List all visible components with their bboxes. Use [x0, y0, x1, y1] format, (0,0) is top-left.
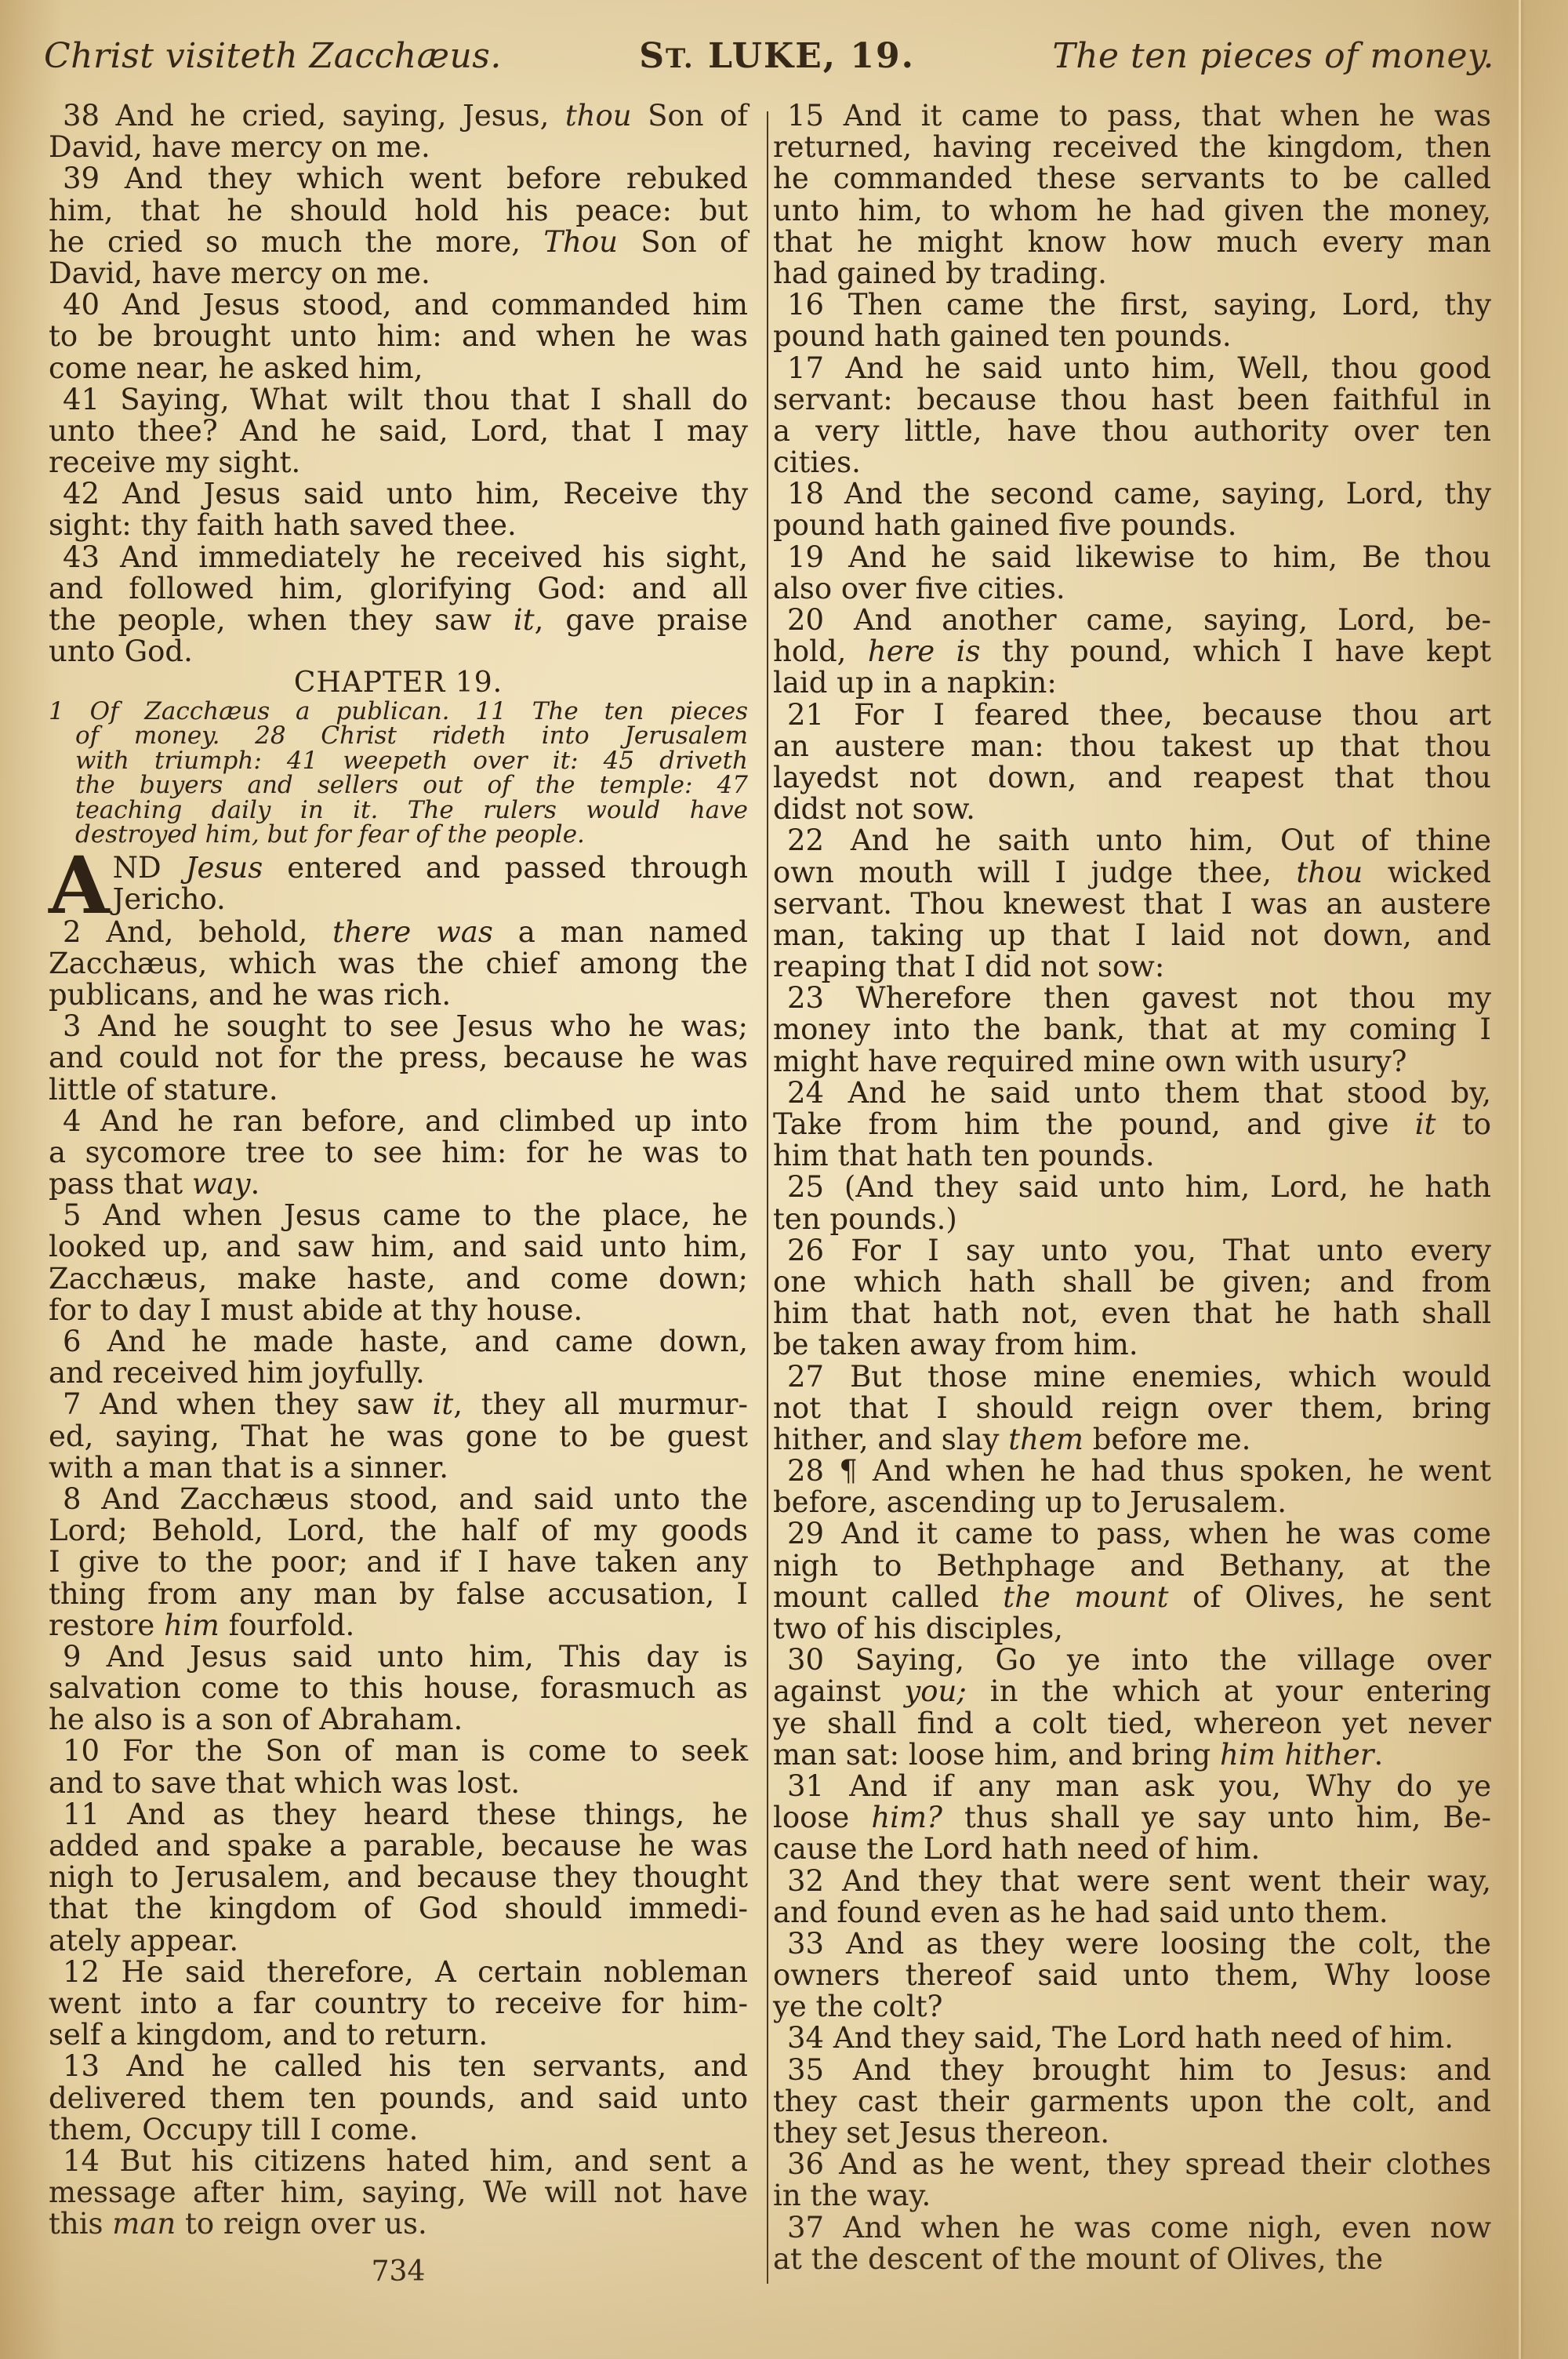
verse-13: 13 And he called his ten servants, andde… [49, 2051, 748, 2146]
text-line: 36 And as he went, they spread their clo… [773, 2149, 1491, 2180]
right-column: 15 And it came to pass, that when he was… [773, 100, 1491, 2275]
verse-29: 29 And it came to pass, when he was come… [773, 1518, 1491, 1645]
text-line: went into a far country to receive for h… [49, 1988, 748, 2019]
verse-18: 18 And the second came, saying, Lord, th… [773, 478, 1491, 541]
text-line: 29 And it came to pass, when he was come [773, 1518, 1491, 1550]
text-line: that he might know how much every man [773, 227, 1491, 258]
page-edge-crease [1519, 0, 1521, 2359]
verse-22: 22 And he saith unto him, Out of thineow… [773, 825, 1491, 983]
chapter-heading: CHAPTER 19. [49, 667, 748, 699]
chapter-summary: 1 Of Zacchæus a publican. 11 The ten pie… [49, 700, 748, 848]
opening-verse-text: ND Jesus entered and passed throughJeric… [49, 852, 748, 915]
text-line: didst not sow. [773, 794, 1491, 825]
text-line: restore him fourfold. [49, 1610, 748, 1641]
verse-17: 17 And he said unto him, Well, thou good… [773, 353, 1491, 479]
summary-line: 1 Of Zacchæus a publican. 11 The ten pie… [49, 700, 748, 725]
text-line: 13 And he called his ten servants, and [49, 2051, 748, 2082]
text-line: loose him? thus shall ye say unto him, B… [773, 1802, 1491, 1834]
verse-40: 40 And Jesus stood, and commanded himto … [49, 289, 748, 384]
text-line: Zacchæus, make haste, and come down; [49, 1263, 748, 1295]
verse-21: 21 For I feared thee, because thou artan… [773, 700, 1491, 826]
verse-4: 4 And he ran before, and climbed up into… [49, 1106, 748, 1201]
text-line: 21 For I feared thee, because thou art [773, 700, 1491, 731]
verse-30: 30 Saying, Go ye into the village overag… [773, 1645, 1491, 1771]
text-line: added and spake a parable, because he wa… [49, 1830, 748, 1862]
text-line: 39 And they which went before rebuked [49, 163, 748, 194]
summary-line: the buyers and sellers out of the temple… [49, 773, 748, 798]
text-line: returned, having received the kingdom, t… [773, 132, 1491, 163]
text-line: might have required mine own with usury? [773, 1046, 1491, 1078]
header-right-title: The ten pieces of money. [1052, 36, 1494, 76]
text-line: ND Jesus entered and passed through [49, 852, 748, 884]
verse-8: 8 And Zacchæus stood, and said unto theL… [49, 1484, 748, 1641]
text-line: hold, here is thy pound, which I have ke… [773, 636, 1491, 667]
text-line: sight: thy faith hath saved thee. [49, 510, 748, 541]
verse-16: 16 Then came the first, saying, Lord, th… [773, 289, 1491, 352]
text-line: they set Jesus thereon. [773, 2117, 1491, 2149]
text-line: Jericho. [49, 884, 748, 915]
text-line: servant: because thou hast been faithful… [773, 384, 1491, 416]
text-line: I give to the poor; and if I have taken … [49, 1547, 748, 1578]
text-line: an austere man: thou takest up that thou [773, 731, 1491, 762]
text-line: 27 But those mine enemies, which would [773, 1361, 1491, 1393]
prior-chapter-verses: 38 And he cried, saying, Jesus, thou Son… [49, 100, 748, 667]
text-line: them, Occupy till I come. [49, 2114, 748, 2146]
verse-25: 25 (And they said unto him, Lord, he hat… [773, 1172, 1491, 1234]
text-line: reaping that I did not sow: [773, 951, 1491, 983]
verse-19: 19 And he said likewise to him, Be thoua… [773, 542, 1491, 605]
text-line: pound hath gained ten pounds. [773, 321, 1491, 352]
text-line: unto God. [49, 636, 748, 667]
text-line: and received him joyfully. [49, 1358, 748, 1389]
verse-41: 41 Saying, What wilt thou that I shall d… [49, 384, 748, 479]
text-line: they cast their garments upon the colt, … [773, 2086, 1491, 2117]
text-line: cause the Lord hath need of him. [773, 1834, 1491, 1865]
chapter-19-verses-right: 15 And it came to pass, that when he was… [773, 100, 1491, 2275]
summary-line: teaching daily in it. The rulers would h… [49, 798, 748, 823]
text-line: 37 And when he was come nigh, even now [773, 2212, 1491, 2244]
text-line: he commanded these servants to be called [773, 163, 1491, 194]
text-line: David, have mercy on me. [49, 132, 748, 163]
text-line: own mouth will I judge thee, thou wicked [773, 857, 1491, 889]
text-line: publicans, and he was rich. [49, 980, 748, 1011]
text-line: 23 Wherefore then gavest not thou my [773, 983, 1491, 1014]
column-divider [767, 111, 768, 2284]
text-line: and followed him, glorifying God: and al… [49, 573, 748, 605]
verse-14: 14 But his citizens hated him, and sent … [49, 2146, 748, 2241]
text-line: 14 But his citizens hated him, and sent … [49, 2146, 748, 2177]
verse-12: 12 He said therefore, A certain nobleman… [49, 1957, 748, 2052]
text-line: 25 (And they said unto him, Lord, he hat… [773, 1172, 1491, 1203]
text-line: be taken away from him. [773, 1329, 1491, 1361]
page-number: 734 [49, 2255, 748, 2288]
text-line: 32 And they that were sent went their wa… [773, 1866, 1491, 1897]
text-line: David, have mercy on me. [49, 258, 748, 289]
text-line: mount called the mount of Olives, he sen… [773, 1582, 1491, 1613]
text-line: also over five cities. [773, 573, 1491, 605]
text-line: receive my sight. [49, 447, 748, 478]
text-line: layedst not down, and reapest that thou [773, 762, 1491, 794]
text-line: 40 And Jesus stood, and commanded him [49, 289, 748, 321]
text-line: 35 And they brought him to Jesus: and [773, 2055, 1491, 2086]
text-line: at the descent of the mount of Olives, t… [773, 2244, 1491, 2275]
text-line: 31 And if any man ask you, Why do ye [773, 1771, 1491, 1802]
text-line: 18 And the second came, saying, Lord, th… [773, 478, 1491, 510]
text-line: and found even as he had said unto them. [773, 1897, 1491, 1928]
text-line: 3 And he sought to see Jesus who he was; [49, 1011, 748, 1042]
verse-3: 3 And he sought to see Jesus who he was;… [49, 1011, 748, 1106]
verse-31: 31 And if any man ask you, Why do yeloos… [773, 1771, 1491, 1866]
text-line: to be brought unto him: and when he was [49, 321, 748, 352]
text-line: 34 And they said, The Lord hath need of … [773, 2023, 1491, 2054]
verse-39: 39 And they which went before rebukedhim… [49, 163, 748, 289]
verse-38: 38 And he cried, saying, Jesus, thou Son… [49, 100, 748, 163]
text-line: 33 And as they were loosing the colt, th… [773, 1928, 1491, 1960]
verse-43: 43 And immediately he received his sight… [49, 542, 748, 668]
text-line: 30 Saying, Go ye into the village over [773, 1645, 1491, 1676]
text-line: 43 And immediately he received his sight… [49, 542, 748, 573]
chapter-19-verses-left: 2 And, behold, there was a man namedZacc… [49, 917, 748, 2241]
text-line: come near, he asked him, [49, 353, 748, 384]
text-line: man, taking up that I laid not down, and [773, 920, 1491, 951]
text-line: looked up, and saw him, and said unto hi… [49, 1231, 748, 1263]
text-line: salvation come to this house, forasmuch … [49, 1673, 748, 1704]
text-line: 9 And Jesus said unto him, This day is [49, 1641, 748, 1673]
text-line: 8 And Zacchæus stood, and said unto the [49, 1484, 748, 1515]
text-line: against you; in the which at your enteri… [773, 1676, 1491, 1707]
text-line: in the way. [773, 2180, 1491, 2212]
verse-28: 28 ¶ And when he had thus spoken, he wen… [773, 1456, 1491, 1518]
text-line: self a kingdom, and to return. [49, 2019, 748, 2051]
text-line: him, that he should hold his peace: but [49, 195, 748, 227]
text-line: 12 He said therefore, A certain nobleman [49, 1957, 748, 1988]
text-line: money into the bank, that at my coming I [773, 1014, 1491, 1045]
text-line: and could not for the press, because he … [49, 1042, 748, 1074]
text-line: ten pounds.) [773, 1204, 1491, 1235]
text-line: him that hath ten pounds. [773, 1140, 1491, 1172]
verse-35: 35 And they brought him to Jesus: andthe… [773, 2055, 1491, 2150]
verse-34: 34 And they said, The Lord hath need of … [773, 2023, 1491, 2054]
text-line: unto him, to whom he had given the money… [773, 195, 1491, 227]
running-header: Christ visiteth Zacchæus. ST. LUKE, 19. … [44, 36, 1494, 88]
text-line: and to save that which was lost. [49, 1768, 748, 1799]
text-line: 26 For I say unto you, That unto every [773, 1235, 1491, 1267]
text-line: 41 Saying, What wilt thou that I shall d… [49, 384, 748, 416]
text-line: not that I should reign over them, bring [773, 1393, 1491, 1424]
text-line: thing from any man by false accusation, … [49, 1579, 748, 1610]
text-line: he cried so much the more, Thou Son of [49, 227, 748, 258]
text-line: 4 And he ran before, and climbed up into [49, 1106, 748, 1137]
text-line: that the kingdom of God should immedi- [49, 1893, 748, 1925]
verse-42: 42 And Jesus said unto him, Receive thys… [49, 478, 748, 541]
text-line: pass that way. [49, 1169, 748, 1200]
left-column: 38 And he cried, saying, Jesus, thou Son… [49, 100, 748, 2240]
header-book-chapter: ST. LUKE, 19. [639, 36, 915, 76]
text-line: delivered them ten pounds, and said unto [49, 2083, 748, 2114]
verse-5: 5 And when Jesus came to the place, helo… [49, 1200, 748, 1326]
text-line: nigh to Bethphage and Bethany, at the [773, 1550, 1491, 1582]
text-line: cities. [773, 447, 1491, 478]
text-line: one which hath shall be given; and from [773, 1267, 1491, 1298]
text-line: pound hath gained five pounds. [773, 510, 1491, 541]
verse-32: 32 And they that were sent went their wa… [773, 1866, 1491, 1928]
verse-20: 20 And another came, saying, Lord, be-ho… [773, 605, 1491, 700]
text-line: he also is a son of Abraham. [49, 1704, 748, 1736]
text-line: Lord; Behold, Lord, the half of my goods [49, 1515, 748, 1547]
text-line: ye the colt? [773, 1991, 1491, 2023]
text-line: this man to reign over us. [49, 2208, 748, 2240]
text-line: 20 And another came, saying, Lord, be- [773, 605, 1491, 636]
text-line: two of his disciples, [773, 1613, 1491, 1645]
text-line: 42 And Jesus said unto him, Receive thy [49, 478, 748, 510]
verse-2: 2 And, behold, there was a man namedZacc… [49, 917, 748, 1012]
text-line: 17 And he said unto him, Well, thou good [773, 353, 1491, 384]
text-line: with a man that is a sinner. [49, 1452, 748, 1484]
text-line: 6 And he made haste, and came down, [49, 1326, 748, 1358]
verse-23: 23 Wherefore then gavest not thou mymone… [773, 983, 1491, 1078]
text-line: 11 And as they heard these things, he [49, 1799, 748, 1830]
text-line: 22 And he saith unto him, Out of thine [773, 825, 1491, 856]
text-line: man sat: loose him, and bring him hither… [773, 1739, 1491, 1771]
text-line: 5 And when Jesus came to the place, he [49, 1200, 748, 1231]
text-line: before, ascending up to Jerusalem. [773, 1487, 1491, 1518]
verse-24: 24 And he said unto them that stood by,T… [773, 1078, 1491, 1172]
verse-7: 7 And when they saw it, they all murmur-… [49, 1389, 748, 1484]
summary-line: with triumph: 41 weepeth over it: 45 dri… [49, 749, 748, 774]
text-line: ed, saying, That he was gone to be guest [49, 1421, 748, 1452]
text-line: 7 And when they saw it, they all murmur- [49, 1389, 748, 1420]
text-line: had gained by trading. [773, 258, 1491, 289]
text-line: owners thereof said unto them, Why loose [773, 1960, 1491, 1991]
text-line: ye shall find a colt tied, whereon yet n… [773, 1708, 1491, 1739]
text-line: a sycomore tree to see him: for he was t… [49, 1137, 748, 1169]
text-line: 19 And he said likewise to him, Be thou [773, 542, 1491, 573]
summary-line: destroyed him, but for fear of the peopl… [49, 823, 748, 848]
verse-37: 37 And when he was come nigh, even nowat… [773, 2212, 1491, 2275]
text-line: 24 And he said unto them that stood by, [773, 1078, 1491, 1109]
text-line: hither, and slay them before me. [773, 1424, 1491, 1456]
bible-page: Christ visiteth Zacchæus. ST. LUKE, 19. … [0, 0, 1568, 2359]
verse-26: 26 For I say unto you, That unto everyon… [773, 1235, 1491, 1361]
text-line: 15 And it came to pass, that when he was [773, 100, 1491, 132]
text-line: 10 For the Son of man is come to seek [49, 1736, 748, 1767]
text-line: unto thee? And he said, Lord, that I may [49, 416, 748, 447]
summary-line: of money. 28 Christ rideth into Jerusale… [49, 724, 748, 749]
header-left-title: Christ visiteth Zacchæus. [44, 36, 502, 76]
text-line: him that hath not, even that he hath sha… [773, 1298, 1491, 1329]
text-line: Zacchæus, which was the chief among the [49, 948, 748, 980]
text-line: laid up in a napkin: [773, 667, 1491, 699]
verse-15: 15 And it came to pass, that when he was… [773, 100, 1491, 289]
text-line: 28 ¶ And when he had thus spoken, he wen… [773, 1456, 1491, 1487]
verse-27: 27 But those mine enemies, which wouldno… [773, 1361, 1491, 1456]
text-line: for to day I must abide at thy house. [49, 1295, 748, 1326]
verse-10: 10 For the Son of man is come to seekand… [49, 1736, 748, 1798]
text-line: the people, when they saw it, gave prais… [49, 605, 748, 636]
text-line: 16 Then came the first, saying, Lord, th… [773, 289, 1491, 321]
text-line: nigh to Jerusalem, and because they thou… [49, 1862, 748, 1893]
text-line: 2 And, behold, there was a man named [49, 917, 748, 948]
verse-36: 36 And as he went, they spread their clo… [773, 2149, 1491, 2212]
drop-cap: A [49, 856, 110, 917]
opening-verse: A ND Jesus entered and passed throughJer… [49, 852, 748, 917]
text-line: little of stature. [49, 1074, 748, 1106]
text-line: servant. Thou knewest that I was an aust… [773, 889, 1491, 920]
verse-6: 6 And he made haste, and came down,and r… [49, 1326, 748, 1389]
text-line: 38 And he cried, saying, Jesus, thou Son… [49, 100, 748, 132]
text-line: message after him, saying, We will not h… [49, 2177, 748, 2208]
text-line: Take from him the pound, and give it to [773, 1109, 1491, 1140]
verse-11: 11 And as they heard these things, headd… [49, 1799, 748, 1957]
text-line: ately appear. [49, 1925, 748, 1957]
verse-33: 33 And as they were loosing the colt, th… [773, 1928, 1491, 2023]
verse-9: 9 And Jesus said unto him, This day issa… [49, 1641, 748, 1736]
text-line: a very little, have thou authority over … [773, 416, 1491, 447]
